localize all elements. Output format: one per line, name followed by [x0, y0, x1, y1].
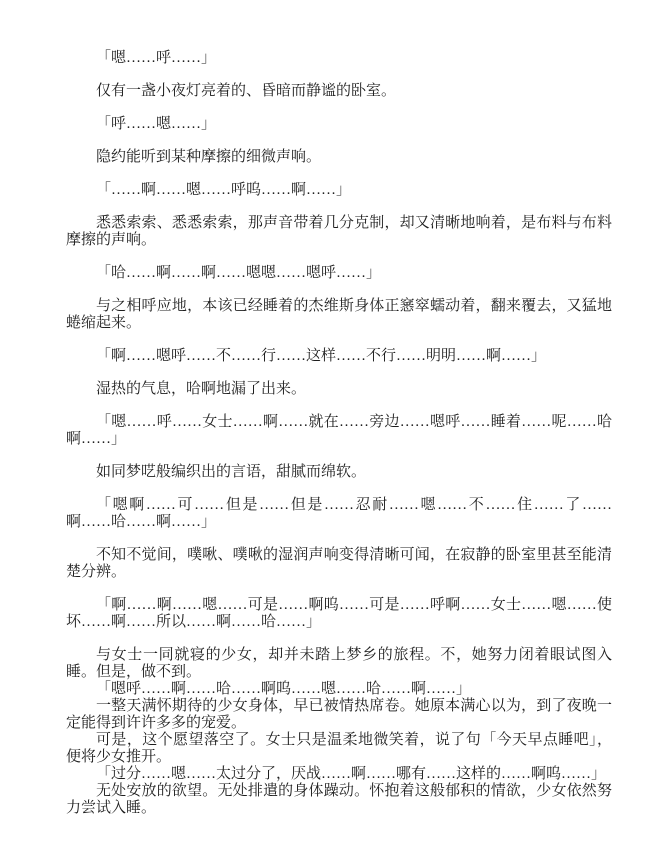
paragraph-dialogue-6: 「嗯……呼……女士……啊……就在……旁边……嗯呼……睡着……呢……哈啊……」: [66, 414, 612, 448]
paragraph-narration-11: 无处安放的欲望。无处排遣的身体躁动。怀抱着这般郁积的情欲，少女依然努力尝试入睡。: [66, 783, 612, 817]
paragraph-narration-10: 可是，这个愿望落空了。女士只是温柔地微笑着，说了句「今天早点睡吧」，便将少女推开…: [66, 732, 612, 766]
paragraph-narration-3: 悉悉索索、悉悉索索，那声音带着几分克制，却又清晰地响着，是布料与布料摩擦的声响。: [66, 215, 612, 249]
paragraph-dialogue-5: 「啊……嗯呼……不……行……这样……不行……明明……啊……」: [66, 348, 612, 365]
paragraph-narration-1: 仅有一盏小夜灯亮着的、昏暗而静谧的卧室。: [66, 83, 612, 100]
paragraph-dialogue-8: 「啊……啊……嗯……可是……啊呜……可是……呼啊……女士……嗯……使坏……啊………: [66, 597, 612, 631]
paragraph-narration-9: 一整天满怀期待的少女身体，早已被情热席卷。她原本满心以为，到了夜晚一定能得到许许…: [66, 698, 612, 732]
paragraph-narration-8: 与女士一同就寝的少女，却并未踏上梦乡的旅程。不，她努力闭着眼试图入睡。但是，做不…: [66, 647, 612, 681]
paragraph-narration-7: 不知不觉间，噗啾、噗啾的湿润声响变得清晰可闻，在寂静的卧室里甚至能清楚分辨。: [66, 547, 612, 581]
paragraph-narration-4: 与之相呼应地，本该已经睡着的杰维斯身体正窸窣蠕动着，翻来覆去，又猛地蜷缩起来。: [66, 298, 612, 332]
novel-reader-page: 「嗯……呼……」 仅有一盏小夜灯亮着的、昏暗而静谧的卧室。 「呼……嗯……」 隐…: [0, 0, 650, 850]
paragraph-narration-6: 如同梦呓般编织出的言语，甜腻而绵软。: [66, 464, 612, 481]
paragraph-narration-2: 隐约能听到某种摩擦的细微声响。: [66, 149, 612, 166]
paragraph-dialogue-9: 「嗯呼……啊……哈……啊呜……嗯……哈……啊……」: [66, 681, 612, 698]
paragraph-dialogue-3: 「……啊……嗯……呼呜……啊……」: [66, 182, 612, 199]
paragraph-dialogue-4: 「哈……啊……啊……嗯嗯……嗯呼……」: [66, 265, 612, 282]
paragraph-dialogue-7: 「嗯啊……可……但是……但是……忍耐……嗯……不……住……了……啊……哈……啊……: [66, 497, 612, 531]
paragraph-dialogue-10: 「过分……嗯……太过分了，厌战……啊……哪有……这样的……啊呜……」: [66, 766, 612, 783]
paragraph-dialogue-1: 「嗯……呼……」: [66, 50, 612, 67]
paragraph-narration-5: 湿热的气息，哈啊地漏了出来。: [66, 381, 612, 398]
paragraph-dialogue-2: 「呼……嗯……」: [66, 116, 612, 133]
